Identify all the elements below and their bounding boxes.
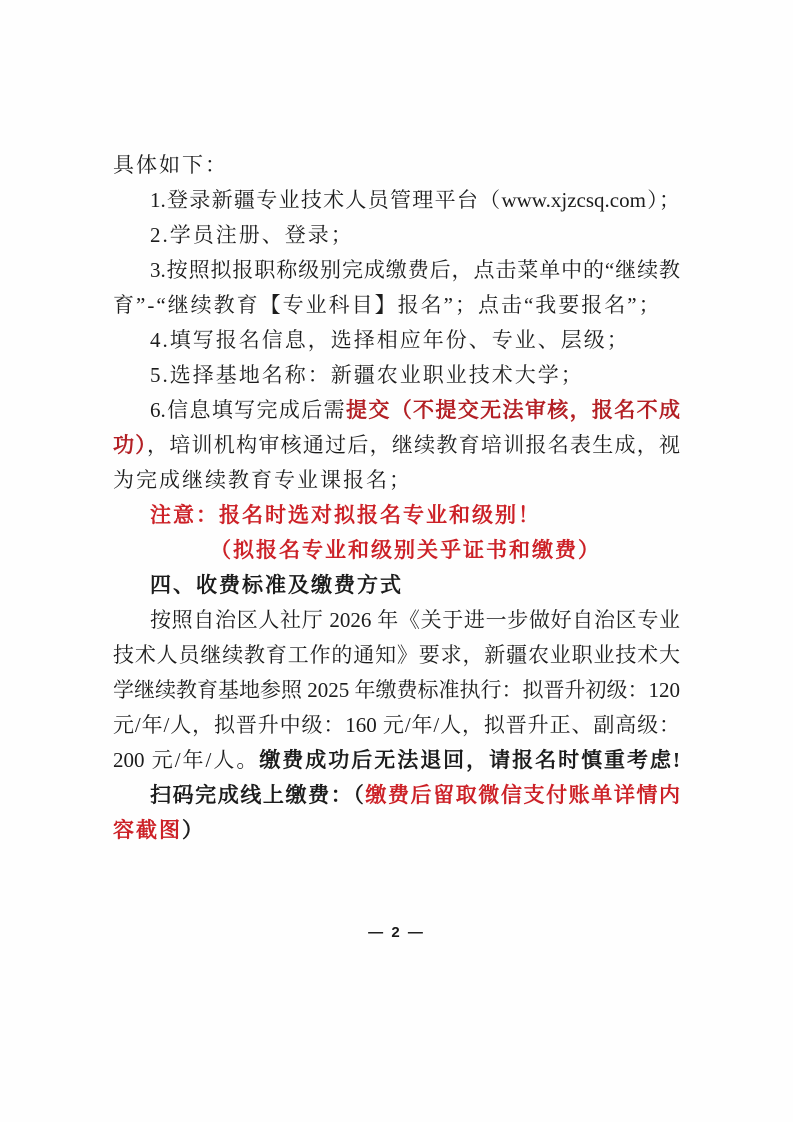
step-6-line-2-black: ，培训机构审核通过后，继续教育培训报名表生成，视 <box>147 433 680 457</box>
intro-label: 具体如下： <box>113 153 228 177</box>
document-line: 6.信息填写完成后需提交（不提交无法审核，报名不成 <box>113 393 680 428</box>
document-line: 技术人员继续教育工作的通知》要求，新疆农业职业技术大 <box>113 638 680 673</box>
document-line: 元/年/人，拟晋升中级：160 元/年/人，拟晋升正、副高级： <box>113 708 680 743</box>
fee-para-line-3: 学继续教育基地参照 2025 年缴费标准执行：拟晋升初级：120 <box>113 678 680 702</box>
step-3-line-2: 育”-“继续教育【专业科目】报名”；点击“我要报名”； <box>113 293 662 317</box>
fee-para-line-4: 元/年/人，拟晋升中级：160 元/年/人，拟晋升正、副高级： <box>113 713 680 737</box>
document-line: 5.选择基地名称：新疆农业职业技术大学； <box>113 358 680 393</box>
notice-line-1: 注意：报名时选对拟报名专业和级别！ <box>150 504 541 527</box>
document-line: 1.登录新疆专业技术人员管理平台（www.xjzcsq.com）； <box>113 183 680 218</box>
document-line: 育”-“继续教育【专业科目】报名”；点击“我要报名”； <box>113 288 680 323</box>
section-4-heading: 四、收费标准及缴费方式 <box>150 574 403 597</box>
step-4: 4.填写报名信息，选择相应年份、专业、层级； <box>150 328 630 352</box>
document-line: （拟报名专业和级别关乎证书和缴费） <box>113 533 680 568</box>
step-6-line-1-black: 6.信息填写完成后需 <box>150 398 346 422</box>
scan-pay-red: 缴费后留取微信支付账单详情内 <box>365 784 680 807</box>
document-line: 学继续教育基地参照 2025 年缴费标准执行：拟晋升初级：120 <box>113 673 680 708</box>
document-line: 扫码完成线上缴费：（缴费后留取微信支付账单详情内 <box>113 778 680 813</box>
step-2: 2.学员注册、登录； <box>150 223 354 247</box>
page-number: — 2 — <box>0 924 793 941</box>
document-line: 四、收费标准及缴费方式 <box>113 568 680 603</box>
fee-para-line-1: 按照自治区人社厅 2026 年《关于进一步做好自治区专业 <box>150 608 680 632</box>
document-line: 3.按照拟报职称级别完成缴费后，点击菜单中的“继续教 <box>113 253 680 288</box>
document-line: 200 元/年/人。缴费成功后无法退回，请报名时慎重考虑! <box>113 743 680 778</box>
document-line: 功），培训机构审核通过后，继续教育培训报名表生成，视 <box>113 428 680 463</box>
step-5: 5.选择基地名称：新疆农业职业技术大学； <box>150 363 584 387</box>
document-body: 具体如下：1.登录新疆专业技术人员管理平台（www.xjzcsq.com）；2.… <box>113 148 680 848</box>
step-6-line-2-red: 功） <box>113 433 147 457</box>
document-line: 为完成继续教育专业课报名； <box>113 463 680 498</box>
fee-para-line-2: 技术人员继续教育工作的通知》要求，新疆农业职业技术大 <box>113 643 680 667</box>
notice-line-2: （拟报名专业和级别关乎证书和缴费） <box>210 539 601 562</box>
fee-para-line-5-black: 200 元/年/人。 <box>113 748 259 772</box>
document-line: 按照自治区人社厅 2026 年《关于进一步做好自治区专业 <box>113 603 680 638</box>
scan-pay-close-paren: ） <box>182 819 205 842</box>
document-line: 具体如下： <box>113 148 680 183</box>
fee-para-line-5-bold: 缴费成功后无法退回，请报名时慎重考虑! <box>259 748 680 772</box>
step-3-line-1: 3.按照拟报职称级别完成缴费后，点击菜单中的“继续教 <box>150 258 680 282</box>
scan-pay-black: 扫码完成线上缴费：（ <box>150 784 365 807</box>
document-line: 注意：报名时选对拟报名专业和级别！ <box>113 498 680 533</box>
step-6-line-3: 为完成继续教育专业课报名； <box>113 468 412 492</box>
step-1: 1.登录新疆专业技术人员管理平台（www.xjzcsq.com）； <box>150 188 680 212</box>
document-line: 4.填写报名信息，选择相应年份、专业、层级； <box>113 323 680 358</box>
document-page: 具体如下：1.登录新疆专业技术人员管理平台（www.xjzcsq.com）；2.… <box>0 0 793 1122</box>
step-6-line-1-red: 提交（不提交无法审核，报名不成 <box>346 398 680 422</box>
document-line: 2.学员注册、登录； <box>113 218 680 253</box>
document-line: 容截图） <box>113 813 680 848</box>
scan-pay-red-2: 容截图 <box>113 819 182 842</box>
